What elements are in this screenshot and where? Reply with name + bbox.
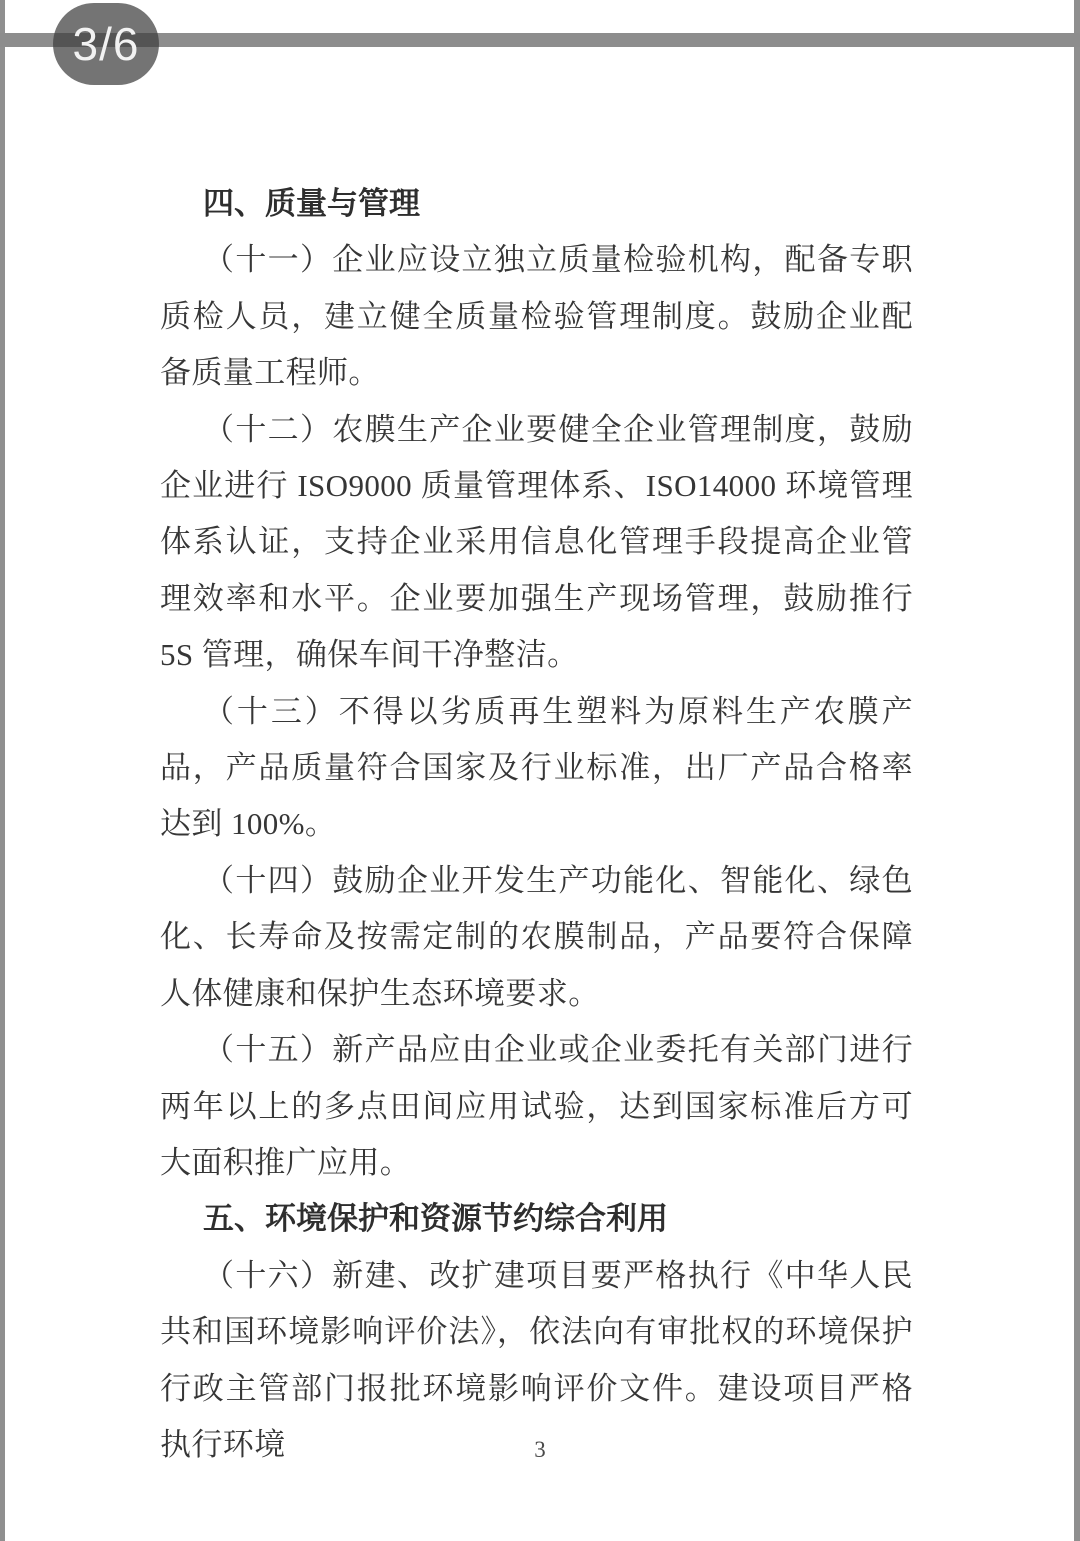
paragraph-item-13: （十三）不得以劣质再生塑料为原料生产农膜产品，产品质量符合国家及行业标准，出厂产…	[160, 684, 913, 853]
page-separator-line	[0, 33, 1080, 47]
page-indicator-label: 3/6	[73, 21, 140, 67]
section-heading-quality-management: 四、质量与管理	[160, 176, 913, 232]
paragraph-item-12: （十二）农膜生产企业要健全企业管理制度，鼓励企业进行 ISO9000 质量管理体…	[160, 402, 913, 684]
section-heading-environment-protection: 五、环境保护和资源节约综合利用	[160, 1191, 913, 1247]
viewer-right-border	[1074, 0, 1080, 1541]
paragraph-item-14: （十四）鼓励企业开发生产功能化、智能化、绿色化、长寿命及按需定制的农膜制品，产品…	[160, 853, 913, 1022]
page-indicator-badge: 3/6	[53, 3, 159, 85]
paragraph-item-15: （十五）新产品应由企业或企业委托有关部门进行两年以上的多点田间应用试验，达到国家…	[160, 1022, 913, 1191]
viewer-left-border	[0, 0, 5, 1541]
document-page: 四、质量与管理 （十一）企业应设立独立质量检验机构，配备专职质检人员，建立健全质…	[160, 176, 913, 1473]
paragraph-item-11: （十一）企业应设立独立质量检验机构，配备专职质检人员，建立健全质量检验管理制度。…	[160, 232, 913, 401]
document-viewer: 3/6 四、质量与管理 （十一）企业应设立独立质量检验机构，配备专职质检人员，建…	[0, 0, 1080, 1541]
page-number: 3	[0, 1437, 1080, 1463]
